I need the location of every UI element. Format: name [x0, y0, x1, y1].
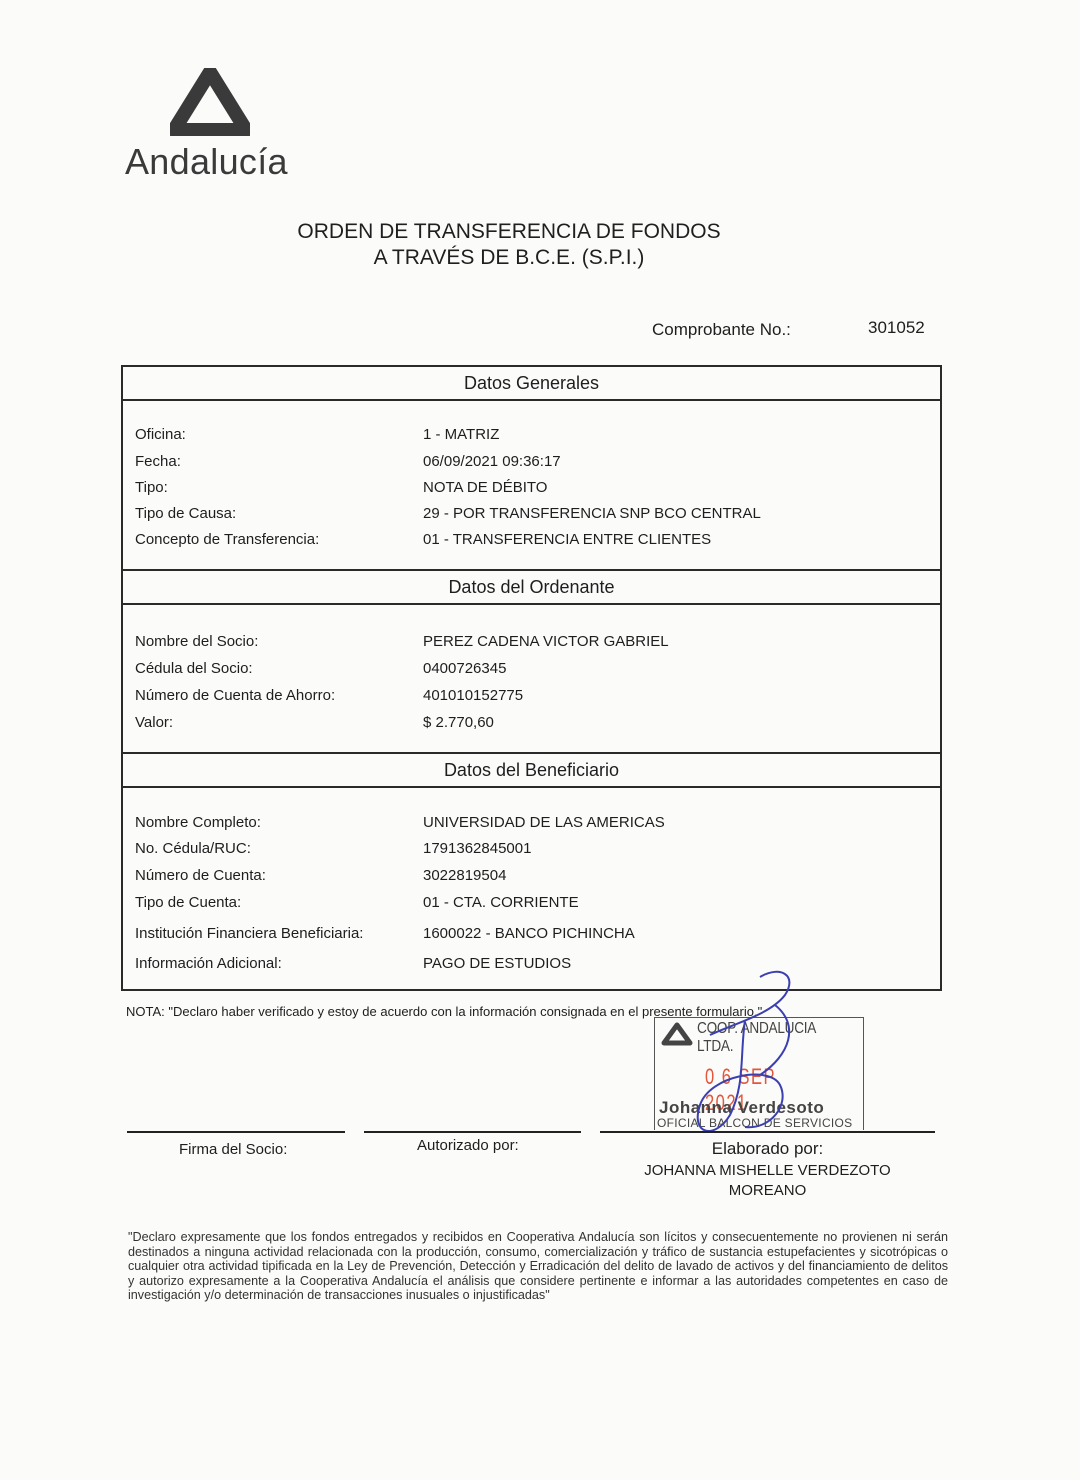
elaborado-label: Elaborado por: — [600, 1139, 935, 1159]
legal-declaration: "Declaro expresamente que los fondos ent… — [128, 1230, 948, 1303]
brand-logo: Andalucía — [125, 68, 325, 178]
field-label: Institución Financiera Beneficiaria: — [135, 925, 363, 942]
field-value: 401010152775 — [423, 687, 523, 704]
field-value: PEREZ CADENA VICTOR GABRIEL — [423, 633, 669, 650]
signature-line-socio — [127, 1131, 345, 1133]
coop-logo-icon — [661, 1022, 693, 1046]
transfer-details-table: Datos Generales Oficina:1 - MATRIZ Fecha… — [121, 365, 942, 991]
field-value: 01 - CTA. CORRIENTE — [423, 894, 579, 911]
section-header-ordenante: Datos del Ordenante — [123, 569, 940, 605]
field-label: Tipo de Causa: — [135, 505, 236, 522]
field-value: 29 - POR TRANSFERENCIA SNP BCO CENTRAL — [423, 505, 761, 522]
field-label: Concepto de Transferencia: — [135, 531, 319, 548]
field-value: UNIVERSIDAD DE LAS AMERICAS — [423, 814, 665, 831]
field-value: 0400726345 — [423, 660, 506, 677]
field-value: $ 2.770,60 — [423, 714, 494, 731]
field-label: Tipo de Cuenta: — [135, 894, 241, 911]
field-label: Cédula del Socio: — [135, 660, 253, 677]
field-label: Valor: — [135, 714, 173, 731]
triangle-logo-icon — [170, 68, 250, 136]
section-header-beneficiario: Datos del Beneficiario — [123, 752, 940, 788]
stamp-organization: COOP. ANDALUCIA LTDA. — [697, 1020, 838, 1056]
field-label: Fecha: — [135, 453, 181, 470]
stamp-role: OFICIAL BALCON DE SERVICIOS — [657, 1116, 852, 1130]
elaborado-name-line1: JOHANNA MISHELLE VERDEZOTO — [600, 1162, 935, 1179]
field-label: No. Cédula/RUC: — [135, 840, 251, 857]
elaborado-name-line2: MOREANO — [600, 1182, 935, 1199]
field-value: 01 - TRANSFERENCIA ENTRE CLIENTES — [423, 531, 711, 548]
field-label: Oficina: — [135, 426, 186, 443]
field-label: Nombre Completo: — [135, 814, 261, 831]
field-value: 3022819504 — [423, 867, 506, 884]
brand-name: Andalucía — [125, 141, 288, 183]
comprobante-label: Comprobante No.: — [652, 320, 791, 340]
field-value: 1 - MATRIZ — [423, 426, 499, 443]
field-label: Información Adicional: — [135, 955, 282, 972]
firma-socio-label: Firma del Socio: — [179, 1141, 287, 1158]
signature-line-autorizado — [364, 1131, 581, 1133]
stamp-name: Johanna Verdesoto — [659, 1098, 824, 1118]
document-subtitle: A TRAVÉS DE B.C.E. (S.P.I.) — [0, 246, 1018, 270]
field-label: Tipo: — [135, 479, 168, 496]
field-value: NOTA DE DÉBITO — [423, 479, 547, 496]
field-value: 1600022 - BANCO PICHINCHA — [423, 925, 635, 942]
autorizado-label: Autorizado por: — [417, 1137, 519, 1154]
signature-line-elaborado — [600, 1131, 935, 1133]
field-value: 1791362845001 — [423, 840, 531, 857]
document-title: ORDEN DE TRANSFERENCIA DE FONDOS — [0, 220, 1018, 244]
field-value: 06/09/2021 09:36:17 — [423, 453, 561, 470]
field-label: Número de Cuenta: — [135, 867, 266, 884]
official-stamp: COOP. ANDALUCIA LTDA. 0 6 SEP 2021 Johan… — [654, 1017, 864, 1130]
section-header-generales: Datos Generales — [123, 367, 940, 401]
comprobante-number: 301052 — [868, 318, 925, 338]
field-value: PAGO DE ESTUDIOS — [423, 955, 571, 972]
field-label: Número de Cuenta de Ahorro: — [135, 687, 335, 704]
field-label: Nombre del Socio: — [135, 633, 258, 650]
